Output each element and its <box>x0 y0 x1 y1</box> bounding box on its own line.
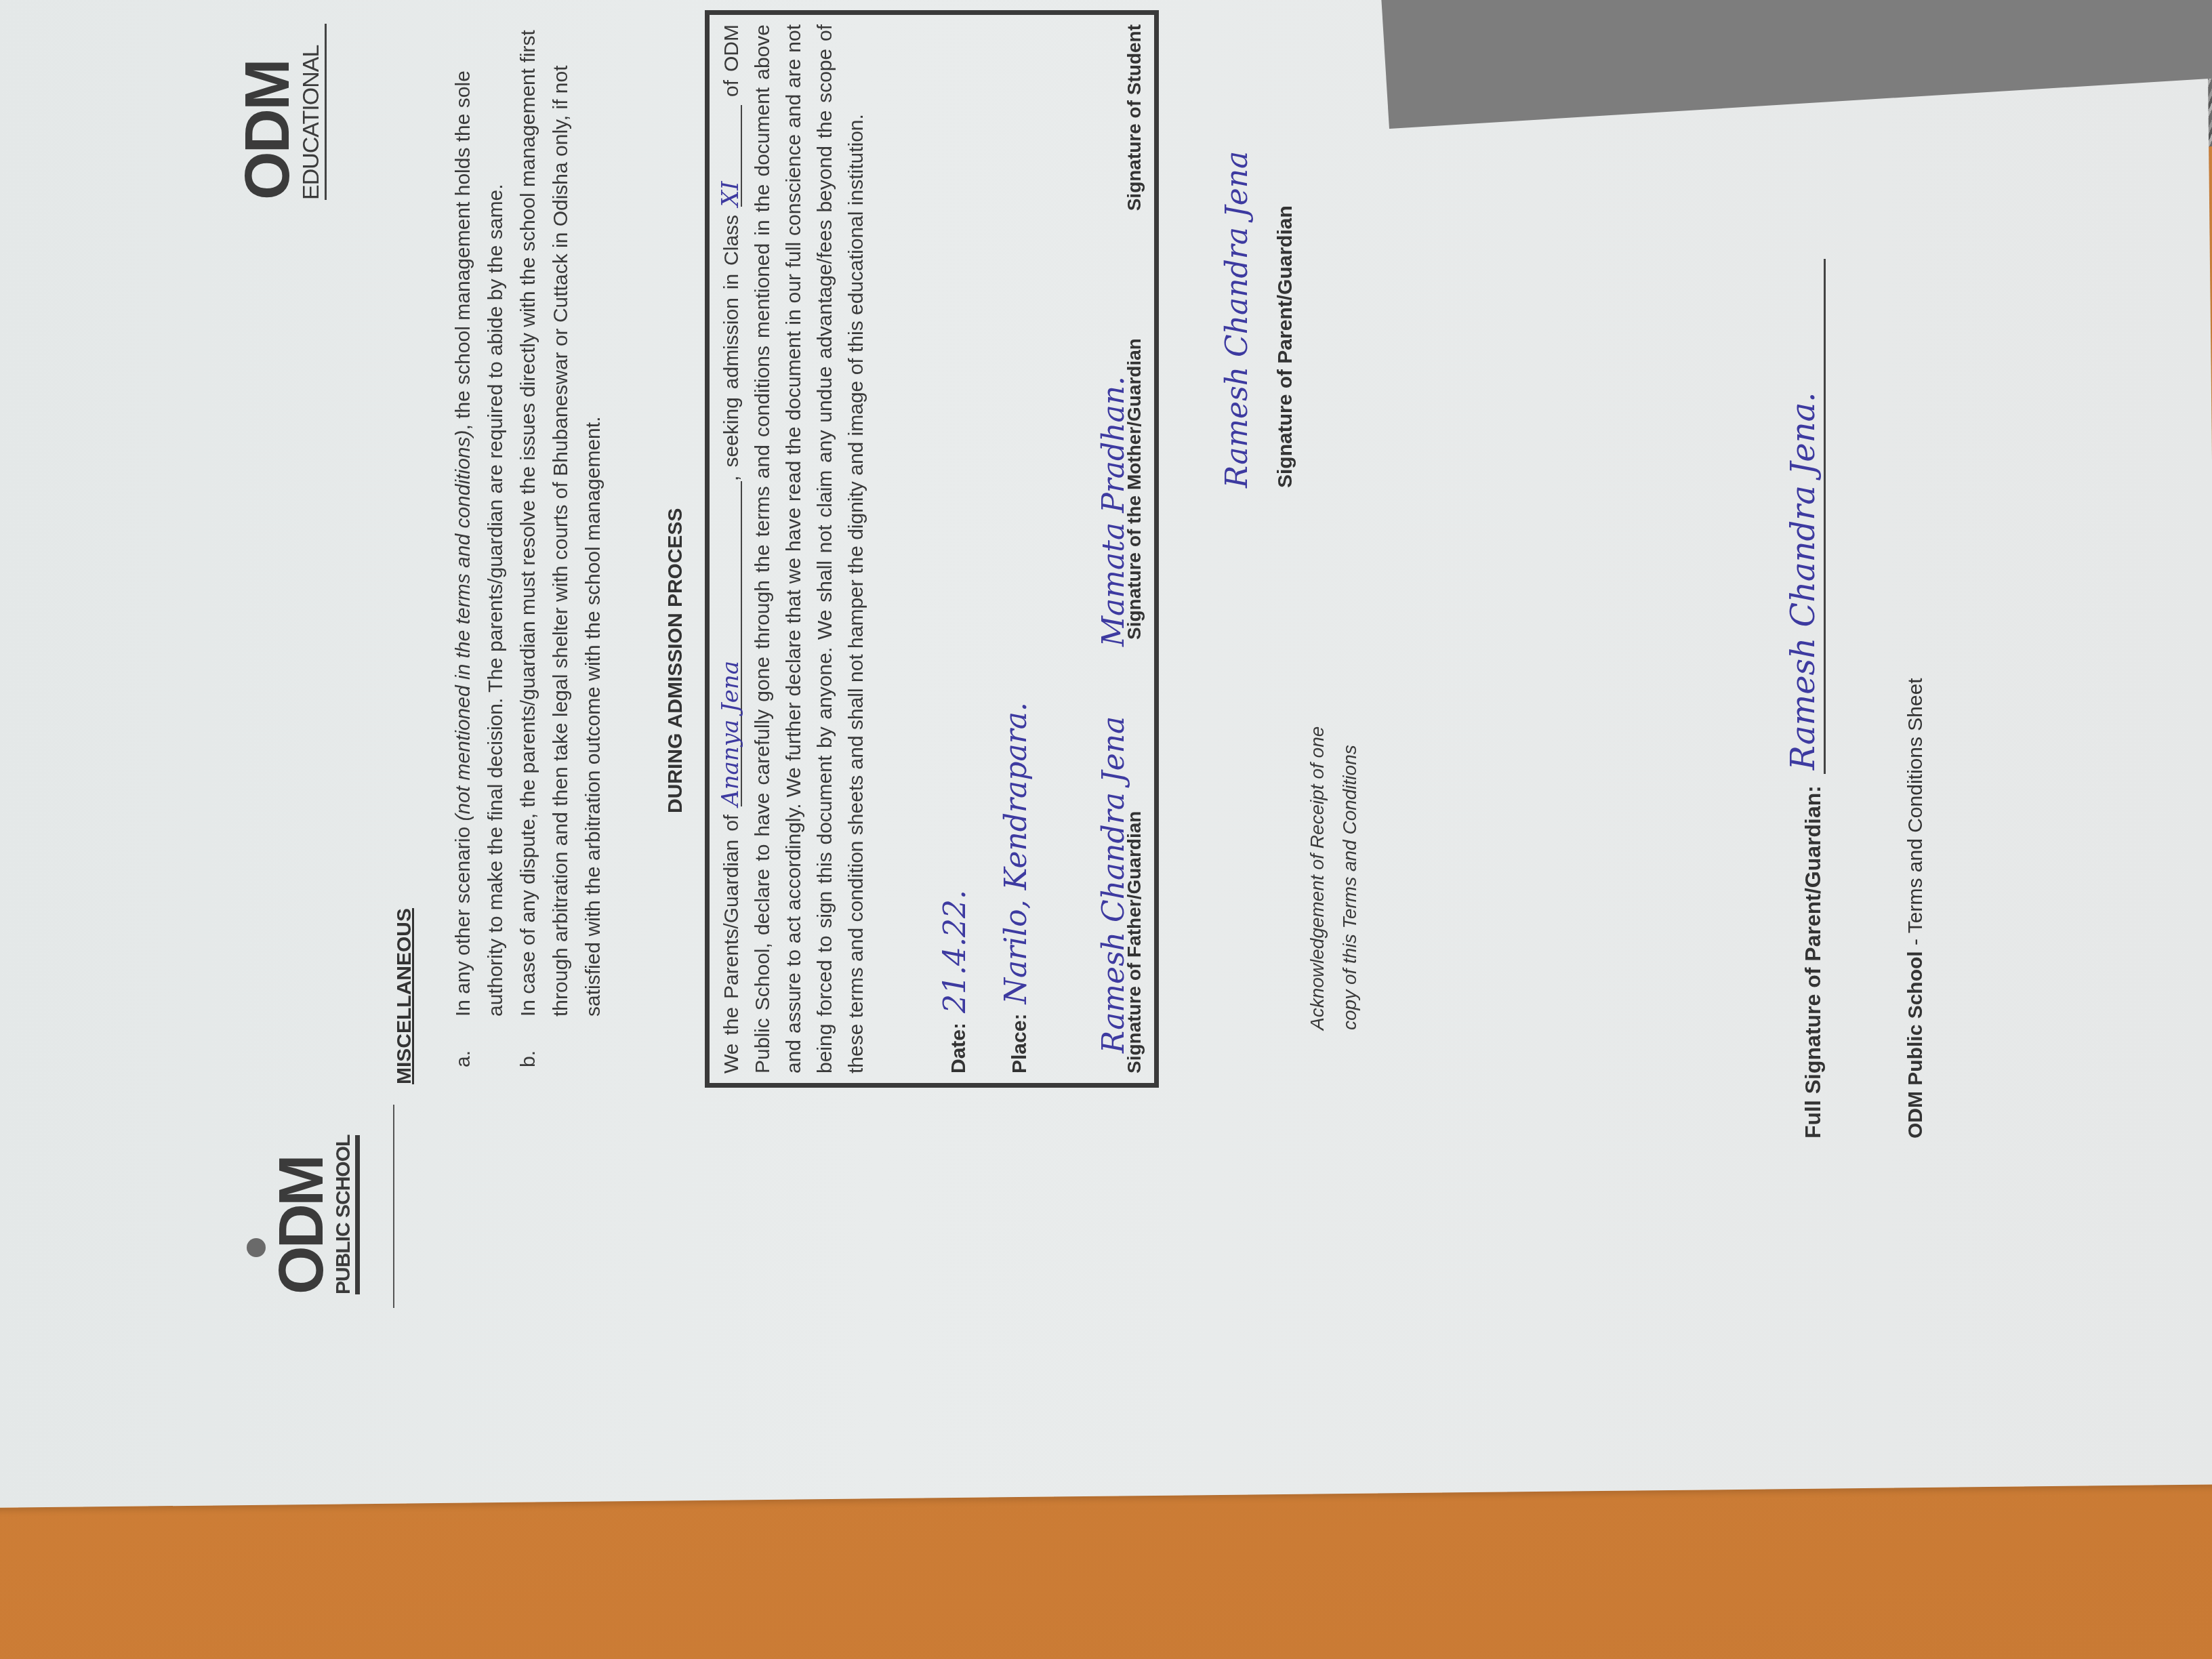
parent-signature-field[interactable]: Ramesh Chandra Jena <box>1220 151 1254 488</box>
date-label: Date: <box>947 1023 970 1073</box>
date-row: Date:21.4.22. <box>940 890 975 1073</box>
parent-signature-label: Signature of Parent/Guardian <box>1274 205 1297 488</box>
list-item: b. In case of any dispute, the parents/g… <box>512 0 610 1017</box>
mother-signature: Mamata Pradhan. Signature of the Mother/… <box>1119 338 1150 640</box>
school-logo-subtitle: PUBLIC SCHOOL <box>332 1135 360 1294</box>
miscellaneous-list: a. In any other scenario (not mentioned … <box>447 0 610 1017</box>
admission-heading: DURING ADMISSION PROCESS <box>664 508 687 813</box>
acknowledgement-line: copy of this Terms and Conditions <box>1334 726 1366 1030</box>
school-logo-brand: ODM <box>271 1157 332 1294</box>
parent-signature: Ramesh Chandra Jena Signature of Parent/… <box>1220 81 1328 488</box>
student-name-field[interactable]: Ananya Jena <box>720 481 742 806</box>
declaration-text: We the Parents/Guardian of Ananya Jena, … <box>716 24 872 1073</box>
clause-text: In case of any dispute, the parents/guar… <box>517 30 605 1017</box>
place-row: Place:Narilo, Kendrapara. <box>1001 702 1036 1073</box>
person-figure-icon <box>247 1238 266 1257</box>
footer-separator: - <box>1904 933 1927 951</box>
footer-school: ODM Public School <box>1904 951 1927 1139</box>
group-logo: ODM EDUCATIONAL <box>237 0 373 200</box>
school-logo: ODM PUBLIC SCHOOL <box>264 1132 366 1322</box>
acknowledgement-line: Acknowledgement of Receipt of one <box>1301 726 1334 1030</box>
mother-signature-field[interactable]: Mamata Pradhan. <box>1099 376 1130 647</box>
declaration-class-text: , seeking admission in Class <box>720 215 743 481</box>
full-signature-label: Full Signature of Parent/Guardian: <box>1801 785 1825 1139</box>
full-signature-field[interactable]: Ramesh Chandra Jena. <box>1784 392 1822 770</box>
clause-text: In any other scenario <box>452 821 474 1017</box>
group-logo-brand: ODM <box>237 0 298 200</box>
group-logo-subtitle: EDUCATIONAL <box>298 24 327 200</box>
admission-declaration-box: We the Parents/Guardian of Ananya Jena, … <box>705 10 1159 1088</box>
declaration-lead: We the Parents/Guardian of <box>720 815 743 1073</box>
father-signature: Ramesh Chandra Jena Signature of Father/… <box>1119 811 1150 1073</box>
full-signature-row: Full Signature of Parent/Guardian: Rames… <box>1796 259 1826 1139</box>
list-item: a. In any other scenario (not mentioned … <box>447 0 512 1017</box>
list-marker: b. <box>512 1050 545 1067</box>
father-signature-field[interactable]: Ramesh Chandra Jena <box>1099 716 1130 1053</box>
miscellaneous-heading: MISCELLANEOUS <box>393 908 416 1084</box>
full-signature-line[interactable]: Ramesh Chandra Jena. <box>1796 259 1826 774</box>
header-rule <box>393 1105 394 1308</box>
list-marker: a. <box>447 1050 480 1067</box>
place-label: Place: <box>1008 1014 1031 1073</box>
student-signature-label: Signature of Student <box>1124 24 1145 211</box>
document-page: ODM PUBLIC SCHOOL ODM EDUCATIONAL MISCEL… <box>0 14 2169 1491</box>
date-field[interactable]: 21.4.22. <box>938 890 972 1013</box>
student-signature: Signature of Student <box>1119 24 1150 211</box>
footer-title: Terms and Conditions Sheet <box>1904 678 1927 933</box>
class-field[interactable]: XI <box>720 105 742 207</box>
page-footer: ODM Public School - Terms and Conditions… <box>1904 678 1927 1139</box>
place-field[interactable]: Narilo, Kendrapara. <box>999 702 1033 1004</box>
clause-italic: (not mentioned in the terms and conditio… <box>452 430 474 821</box>
acknowledgement-text: Acknowledgement of Receipt of one copy o… <box>1301 726 1366 1030</box>
signature-row: Ramesh Chandra Jena Signature of Father/… <box>1062 24 1150 1073</box>
